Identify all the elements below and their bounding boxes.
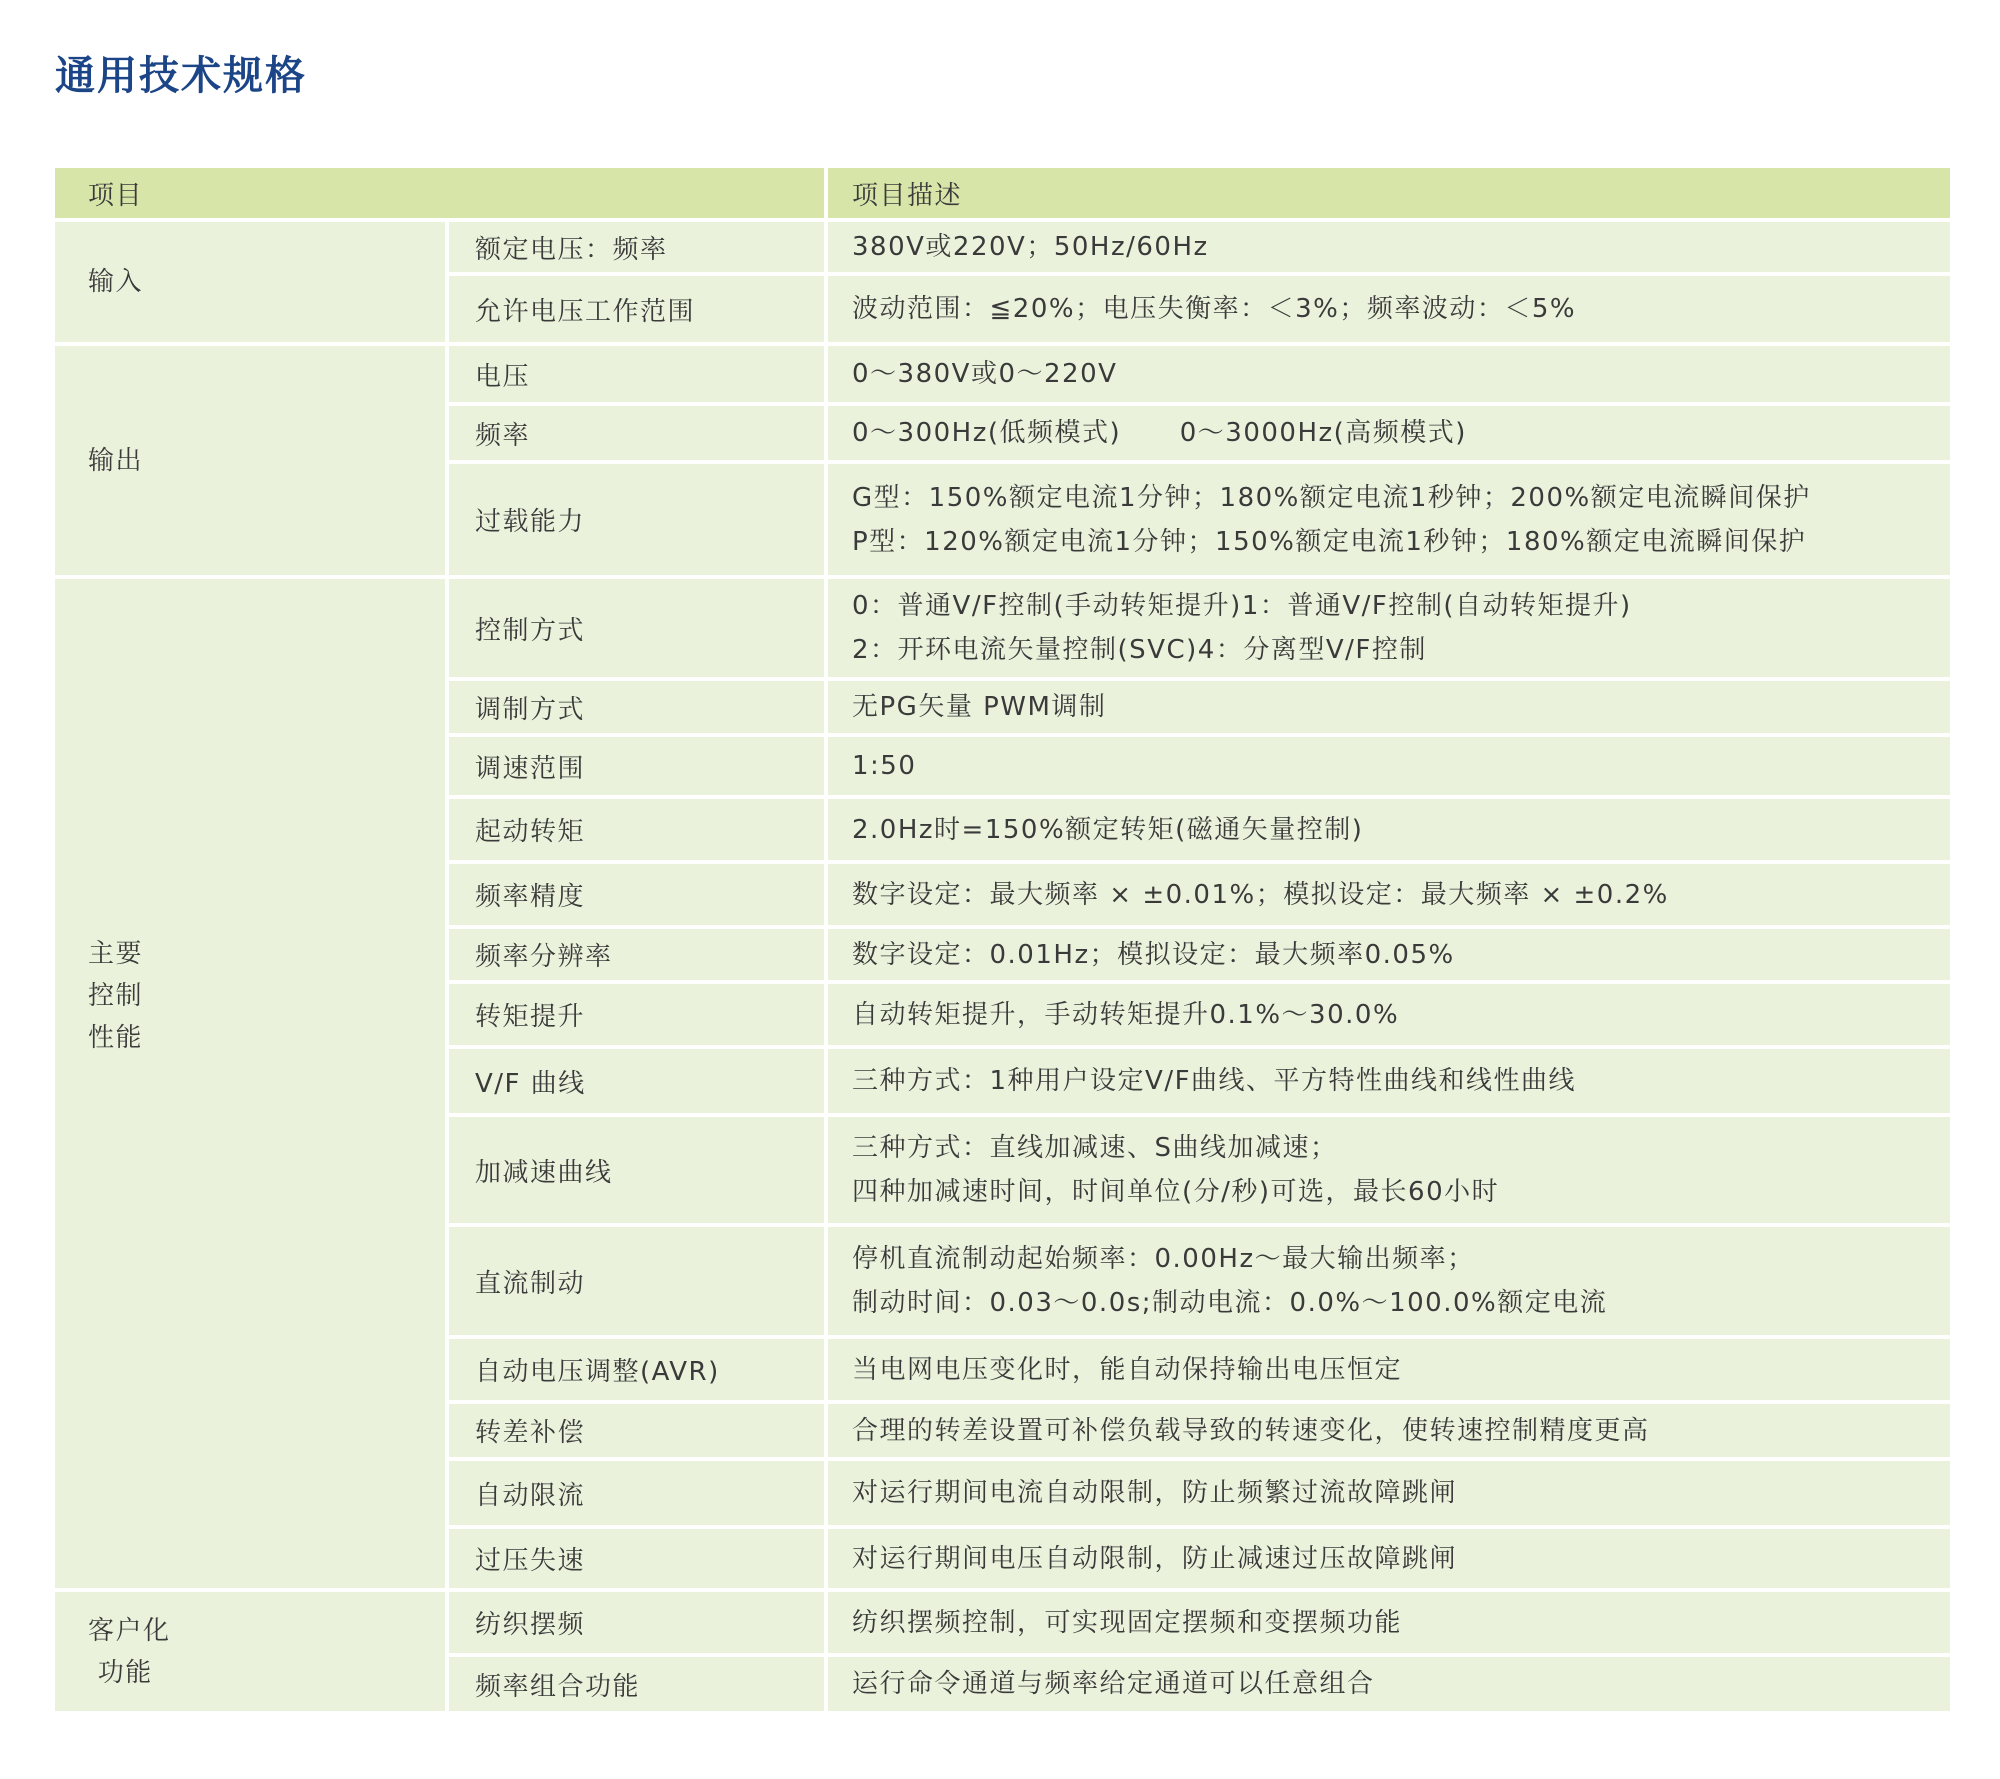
table-row: 纺织摆频纺织摆频控制，可实现固定摆频和变摆频功能 [449,1592,1950,1653]
description-cell: 三种方式：1种用户设定V/F曲线、平方特性曲线和线性曲线 [828,1049,1950,1113]
group-cell: 客户化 功能 [55,1592,445,1711]
item-cell: 调制方式 [449,681,824,733]
table-row: 电压0～380V或0～220V [449,346,1950,402]
item-cell: 加减速曲线 [449,1117,824,1223]
description-cell: 0：普通V/F控制(手动转矩提升)1：普通V/F控制(自动转矩提升)2：开环电流… [828,579,1950,677]
description-line: 波动范围：≦20%；电压失衡率：＜3%；频率波动：＜5% [852,287,1576,331]
table-row: 过压失速对运行期间电压自动限制，防止减速过压故障跳闸 [449,1529,1950,1588]
description-line: 无PG矢量 PWM调制 [852,685,1106,729]
item-cell: 纺织摆频 [449,1592,824,1653]
table-row: 自动电压调整(AVR)当电网电压变化时，能自动保持输出电压恒定 [449,1339,1950,1400]
item-cell: 转差补偿 [449,1404,824,1457]
table-body: 输入额定电压：频率380V或220V；50Hz/60Hz允许电压工作范围波动范围… [55,222,1950,1711]
table-row: 过载能力G型：150%额定电流1分钟；180%额定电流1秒钟；200%额定电流瞬… [449,464,1950,575]
group-rows: 控制方式0：普通V/F控制(手动转矩提升)1：普通V/F控制(自动转矩提升)2：… [449,579,1950,1588]
description-cell: 停机直流制动起始频率：0.00Hz～最大输出频率；制动时间：0.03～0.0s;… [828,1227,1950,1335]
item-cell: 调速范围 [449,737,824,795]
description-cell: 380V或220V；50Hz/60Hz [828,222,1950,272]
description-cell: 2.0Hz时=150%额定转矩(磁通矢量控制) [828,799,1950,860]
table-row: 频率分辨率数字设定：0.01Hz；模拟设定：最大频率0.05% [449,929,1950,980]
table-row: 频率0～300Hz(低频模式) 0～3000Hz(高频模式) [449,406,1950,460]
description-cell: 自动转矩提升，手动转矩提升0.1%～30.0% [828,984,1950,1045]
header-cell-description: 项目描述 [828,168,1950,218]
item-cell: 起动转矩 [449,799,824,860]
table-section: 客户化 功能纺织摆频纺织摆频控制，可实现固定摆频和变摆频功能频率组合功能运行命令… [55,1592,1950,1711]
description-line: G型：150%额定电流1分钟；180%额定电流1秒钟；200%额定电流瞬间保护 [852,476,1811,520]
description-line: 1:50 [852,744,916,788]
table-row: 调速范围1:50 [449,737,1950,795]
item-cell: 自动电压调整(AVR) [449,1339,824,1400]
description-line: 0～380V或0～220V [852,352,1117,396]
table-row: 起动转矩2.0Hz时=150%额定转矩(磁通矢量控制) [449,799,1950,860]
table-row: 调制方式无PG矢量 PWM调制 [449,681,1950,733]
table-row: 转差补偿合理的转差设置可补偿负载导致的转速变化，使转速控制精度更高 [449,1404,1950,1457]
item-cell: 转矩提升 [449,984,824,1045]
description-line: 380V或220V；50Hz/60Hz [852,225,1209,269]
table-row: 自动限流对运行期间电流自动限制，防止频繁过流故障跳闸 [449,1461,1950,1525]
table-row: 控制方式0：普通V/F控制(手动转矩提升)1：普通V/F控制(自动转矩提升)2：… [449,579,1950,677]
description-line: 三种方式：直线加减速、S曲线加减速； [852,1126,1338,1170]
description-cell: 运行命令通道与频率给定通道可以任意组合 [828,1657,1950,1711]
spec-table: 项目 项目描述 输入额定电压：频率380V或220V；50Hz/60Hz允许电压… [55,168,1950,1711]
table-row: 直流制动停机直流制动起始频率：0.00Hz～最大输出频率；制动时间：0.03～0… [449,1227,1950,1335]
description-line: 0：普通V/F控制(手动转矩提升)1：普通V/F控制(自动转矩提升) [852,584,1632,628]
description-cell: 纺织摆频控制，可实现固定摆频和变摆频功能 [828,1592,1950,1653]
item-cell: V/F 曲线 [449,1049,824,1113]
item-cell: 频率组合功能 [449,1657,824,1711]
group-label-line: 主要 [88,933,143,975]
group-cell: 主要控制性能 [55,579,445,1588]
group-label: 输出 [88,440,143,482]
description-line: 对运行期间电压自动限制，防止减速过压故障跳闸 [852,1537,1457,1581]
description-cell: 0～380V或0～220V [828,346,1950,402]
group-rows: 额定电压：频率380V或220V；50Hz/60Hz允许电压工作范围波动范围：≦… [449,222,1950,342]
group-label-line: 性能 [88,1017,143,1059]
description-line: 对运行期间电流自动限制，防止频繁过流故障跳闸 [852,1471,1457,1515]
description-cell: 0～300Hz(低频模式) 0～3000Hz(高频模式) [828,406,1950,460]
description-line: P型：120%额定电流1分钟；150%额定电流1秒钟；180%额定电流瞬间保护 [852,520,1806,564]
description-line: 纺织摆频控制，可实现固定摆频和变摆频功能 [852,1601,1402,1645]
group-label: 输入 [88,261,143,303]
group-label-line: 客户化 [88,1610,171,1652]
header-cell-item: 项目 [55,168,824,218]
group-label-line: 控制 [88,975,143,1017]
description-line: 四种加减速时间，时间单位(分/秒)可选，最长60小时 [852,1170,1499,1214]
group-label: 主要控制性能 [88,933,143,1059]
description-line: 2：开环电流矢量控制(SVC)4：分离型V/F控制 [852,628,1427,672]
item-cell: 允许电压工作范围 [449,276,824,342]
description-line: 2.0Hz时=150%额定转矩(磁通矢量控制) [852,808,1363,852]
table-row: 频率精度数字设定：最大频率 × ±0.01%；模拟设定：最大频率 × ±0.2% [449,864,1950,925]
description-cell: 对运行期间电流自动限制，防止频繁过流故障跳闸 [828,1461,1950,1525]
description-line: 0～300Hz(低频模式) 0～3000Hz(高频模式) [852,411,1467,455]
page-title: 通用技术规格 [0,0,2000,101]
group-rows: 电压0～380V或0～220V频率0～300Hz(低频模式) 0～3000Hz(… [449,346,1950,575]
group-cell: 输出 [55,346,445,575]
group-cell: 输入 [55,222,445,342]
table-row: 频率组合功能运行命令通道与频率给定通道可以任意组合 [449,1657,1950,1711]
table-row: V/F 曲线三种方式：1种用户设定V/F曲线、平方特性曲线和线性曲线 [449,1049,1950,1113]
description-line: 三种方式：1种用户设定V/F曲线、平方特性曲线和线性曲线 [852,1059,1576,1103]
item-cell: 自动限流 [449,1461,824,1525]
description-line: 当电网电压变化时，能自动保持输出电压恒定 [852,1348,1402,1392]
description-line: 数字设定：最大频率 × ±0.01%；模拟设定：最大频率 × ±0.2% [852,873,1669,917]
description-line: 运行命令通道与频率给定通道可以任意组合 [852,1662,1375,1706]
item-cell: 过载能力 [449,464,824,575]
table-row: 额定电压：频率380V或220V；50Hz/60Hz [449,222,1950,272]
description-line: 停机直流制动起始频率：0.00Hz～最大输出频率； [852,1237,1475,1281]
description-cell: 当电网电压变化时，能自动保持输出电压恒定 [828,1339,1950,1400]
group-label-line: 功能 [88,1652,171,1694]
description-cell: 三种方式：直线加减速、S曲线加减速；四种加减速时间，时间单位(分/秒)可选，最长… [828,1117,1950,1223]
table-row: 允许电压工作范围波动范围：≦20%；电压失衡率：＜3%；频率波动：＜5% [449,276,1950,342]
description-line: 合理的转差设置可补偿负载导致的转速变化，使转速控制精度更高 [852,1409,1650,1453]
item-cell: 频率 [449,406,824,460]
group-rows: 纺织摆频纺织摆频控制，可实现固定摆频和变摆频功能频率组合功能运行命令通道与频率给… [449,1592,1950,1711]
item-cell: 过压失速 [449,1529,824,1588]
description-cell: 对运行期间电压自动限制，防止减速过压故障跳闸 [828,1529,1950,1588]
table-section: 输出电压0～380V或0～220V频率0～300Hz(低频模式) 0～3000H… [55,346,1950,575]
description-line: 制动时间：0.03～0.0s;制动电流：0.0%～100.0%额定电流 [852,1281,1607,1325]
description-cell: G型：150%额定电流1分钟；180%额定电流1秒钟；200%额定电流瞬间保护P… [828,464,1950,575]
table-row: 加减速曲线三种方式：直线加减速、S曲线加减速；四种加减速时间，时间单位(分/秒)… [449,1117,1950,1223]
description-cell: 数字设定：0.01Hz；模拟设定：最大频率0.05% [828,929,1950,980]
item-cell: 频率精度 [449,864,824,925]
item-cell: 控制方式 [449,579,824,677]
table-section: 主要控制性能控制方式0：普通V/F控制(手动转矩提升)1：普通V/F控制(自动转… [55,579,1950,1588]
item-cell: 频率分辨率 [449,929,824,980]
description-line: 自动转矩提升，手动转矩提升0.1%～30.0% [852,993,1399,1037]
item-cell: 电压 [449,346,824,402]
group-label: 客户化 功能 [88,1610,171,1694]
description-cell: 数字设定：最大频率 × ±0.01%；模拟设定：最大频率 × ±0.2% [828,864,1950,925]
description-line: 数字设定：0.01Hz；模拟设定：最大频率0.05% [852,933,1455,977]
description-cell: 波动范围：≦20%；电压失衡率：＜3%；频率波动：＜5% [828,276,1950,342]
page: 通用技术规格 项目 项目描述 输入额定电压：频率380V或220V；50Hz/6… [0,0,2000,1779]
table-row: 转矩提升自动转矩提升，手动转矩提升0.1%～30.0% [449,984,1950,1045]
description-cell: 合理的转差设置可补偿负载导致的转速变化，使转速控制精度更高 [828,1404,1950,1457]
group-label-line: 输入 [88,261,143,303]
table-section: 输入额定电压：频率380V或220V；50Hz/60Hz允许电压工作范围波动范围… [55,222,1950,342]
group-label-line: 输出 [88,440,143,482]
description-cell: 无PG矢量 PWM调制 [828,681,1950,733]
table-header-row: 项目 项目描述 [55,168,1950,218]
description-cell: 1:50 [828,737,1950,795]
item-cell: 直流制动 [449,1227,824,1335]
item-cell: 额定电压：频率 [449,222,824,272]
